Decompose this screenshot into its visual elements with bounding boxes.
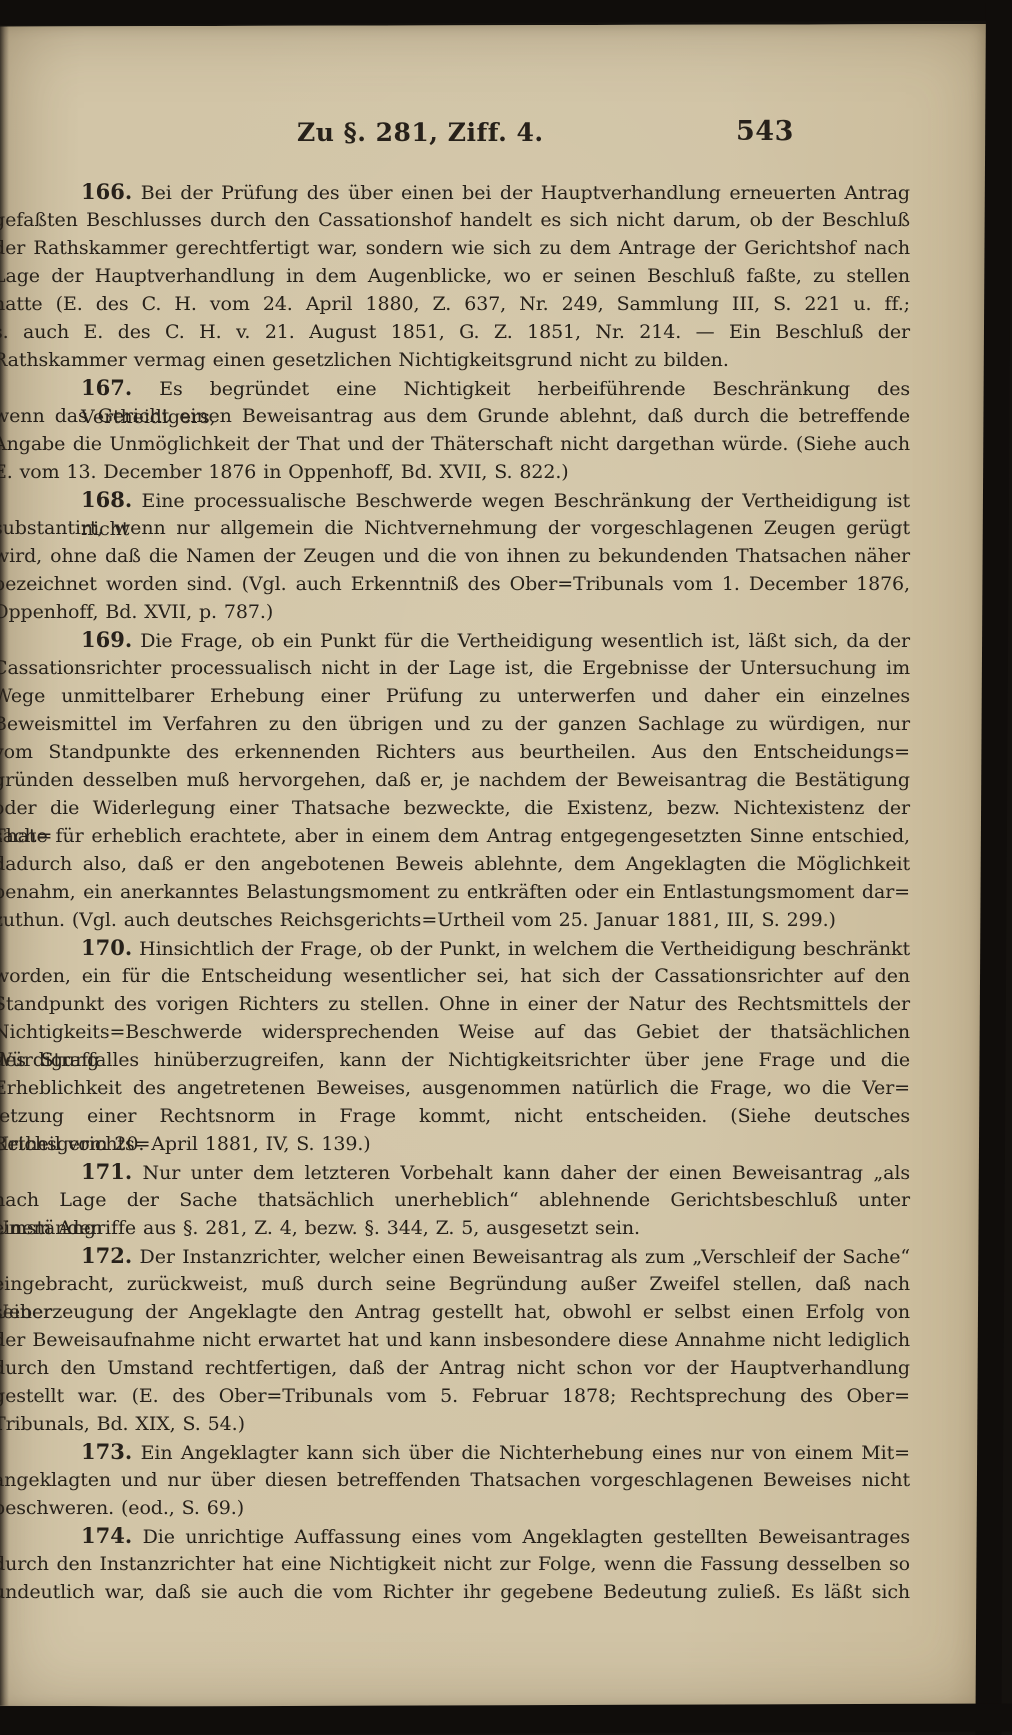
paragraph-number: 173. bbox=[81, 1439, 132, 1464]
paragraph-number: 167. bbox=[81, 375, 132, 400]
text-line: Beweismittel im Verfahren zu den übrigen… bbox=[0, 710, 910, 738]
text-line: 172. Der Instanzrichter, welcher einen B… bbox=[0, 1242, 910, 1270]
text-line: Ueberzeugung der Angeklagte den Antrag g… bbox=[0, 1298, 910, 1326]
scan-edge-bottom bbox=[0, 1703, 1012, 1735]
text-line: undeutlich war, daß sie auch die vom Ric… bbox=[0, 1578, 910, 1606]
text-line: Erheblichkeit des angetretenen Beweises,… bbox=[0, 1074, 910, 1102]
text-line: 166. Bei der Prüfung des über einen bei … bbox=[0, 178, 910, 206]
text-line: 167. Es begründet eine Nichtigkeit herbe… bbox=[0, 374, 910, 402]
text-line: sache für erheblich erachtete, aber in e… bbox=[0, 822, 910, 850]
book-page: Zu §. 281, Ziff. 4. 543 166. Bei der Prü… bbox=[0, 24, 990, 1710]
text-line: der Rathskammer gerechtfertigt war, sond… bbox=[0, 234, 910, 262]
text-line: beschweren. (eod., S. 69.) bbox=[0, 1494, 910, 1522]
text-line: 174. Die unrichtige Auffassung eines vom… bbox=[0, 1522, 910, 1550]
text-line: oder die Widerlegung einer Thatsache bez… bbox=[0, 794, 910, 822]
text-line: gestellt war. (E. des Ober=Tribunals vom… bbox=[0, 1382, 910, 1410]
scan-edge-top bbox=[0, 0, 1012, 25]
text-line: Tribunals, Bd. XIX, S. 54.) bbox=[0, 1410, 910, 1438]
paragraph-number: 174. bbox=[81, 1523, 132, 1548]
text-line: gründen desselben muß hervorgehen, daß e… bbox=[0, 766, 910, 794]
text-line: substantirt, wenn nur allgemein die Nich… bbox=[0, 514, 910, 542]
text-line: s. auch E. des C. H. v. 21. August 1851,… bbox=[0, 318, 910, 346]
text-line: hatte (E. des C. H. vom 24. April 1880, … bbox=[0, 290, 910, 318]
text-line: wird, ohne daß die Namen der Zeugen und … bbox=[0, 542, 910, 570]
text-line: 173. Ein Angeklagter kann sich über die … bbox=[0, 1438, 910, 1466]
text-line: E. vom 13. December 1876 in Oppenhoff, B… bbox=[0, 458, 910, 486]
text-line: durch den Umstand rechtfertigen, daß der… bbox=[0, 1354, 910, 1382]
paragraph-171: 171. Nur unter dem letzteren Vorbehalt k… bbox=[0, 1158, 910, 1242]
text-line: Angabe die Unmöglichkeit der That und de… bbox=[0, 430, 910, 458]
text-line: 171. Nur unter dem letzteren Vorbehalt k… bbox=[0, 1158, 910, 1186]
running-title: Zu §. 281, Ziff. 4. bbox=[297, 118, 544, 147]
text-line: des Straffalles hinüberzugreifen, kann d… bbox=[0, 1046, 910, 1074]
text-line: Urtheil vom 20. April 1881, IV, S. 139.) bbox=[0, 1130, 910, 1158]
paragraph-166: 166. Bei der Prüfung des über einen bei … bbox=[0, 178, 910, 374]
paragraph-172: 172. Der Instanzrichter, welcher einen B… bbox=[0, 1242, 910, 1438]
paragraph-170: 170. Hinsichtlich der Frage, ob der Punk… bbox=[0, 934, 910, 1158]
paragraph-number: 169. bbox=[81, 627, 132, 652]
text-line: Nichtigkeits=Beschwerde widersprechenden… bbox=[0, 1018, 910, 1046]
text-line: benahm, ein anerkanntes Belastungsmoment… bbox=[0, 878, 910, 906]
text-line: zuthun. (Vgl. auch deutsches Reichsgeric… bbox=[0, 906, 910, 934]
paragraph-number: 170. bbox=[81, 935, 132, 960]
text-line: Cassationsrichter processualisch nicht i… bbox=[0, 654, 910, 682]
paragraph-169: 169. Die Frage, ob ein Punkt für die Ver… bbox=[0, 626, 910, 934]
text-line: 169. Die Frage, ob ein Punkt für die Ver… bbox=[0, 626, 910, 654]
text-line: einem Angriffe aus §. 281, Z. 4, bezw. §… bbox=[0, 1214, 910, 1242]
text-line: durch den Instanzrichter hat eine Nichti… bbox=[0, 1550, 910, 1578]
text-line: der Beweisaufnahme nicht erwartet hat un… bbox=[0, 1326, 910, 1354]
paragraph-number: 168. bbox=[81, 487, 132, 512]
text-line: worden, ein für die Entscheidung wesentl… bbox=[0, 962, 910, 990]
paragraph-168: 168. Eine processualische Beschwerde weg… bbox=[0, 486, 910, 626]
text-line: bezeichnet worden sind. (Vgl. auch Erken… bbox=[0, 570, 910, 598]
text-line: eingebracht, zurückweist, muß durch sein… bbox=[0, 1270, 910, 1298]
paragraph-number: 166. bbox=[81, 179, 132, 204]
page-body: 166. Bei der Prüfung des über einen bei … bbox=[0, 178, 910, 1606]
paragraph-167: 167. Es begründet eine Nichtigkeit herbe… bbox=[0, 374, 910, 486]
paragraph-number: 172. bbox=[81, 1243, 132, 1268]
text-line: nach Lage der Sache thatsächlich unerheb… bbox=[0, 1186, 910, 1214]
paragraph-number: 171. bbox=[81, 1159, 132, 1184]
text-line: Wege unmittelbarer Erhebung einer Prüfun… bbox=[0, 682, 910, 710]
text-line: Oppenhoff, Bd. XVII, p. 787.) bbox=[0, 598, 910, 626]
text-line: Standpunkt des vorigen Richters zu stell… bbox=[0, 990, 910, 1018]
text-line: dadurch also, daß er den angebotenen Bew… bbox=[0, 850, 910, 878]
text-line: wenn das Gericht einen Beweisantrag aus … bbox=[0, 402, 910, 430]
text-line: angeklagten und nur über diesen betreffe… bbox=[0, 1466, 910, 1494]
text-line: 170. Hinsichtlich der Frage, ob der Punk… bbox=[0, 934, 910, 962]
page-number: 543 bbox=[736, 116, 794, 147]
text-line: Lage der Hauptverhandlung in dem Augenbl… bbox=[0, 262, 910, 290]
text-line: gefaßten Beschlusses durch den Cassation… bbox=[0, 206, 910, 234]
paragraph-173: 173. Ein Angeklagter kann sich über die … bbox=[0, 1438, 910, 1522]
text-line: 168. Eine processualische Beschwerde weg… bbox=[0, 486, 910, 514]
text-line: letzung einer Rechtsnorm in Frage kommt,… bbox=[0, 1102, 910, 1130]
paragraph-174: 174. Die unrichtige Auffassung eines vom… bbox=[0, 1522, 910, 1606]
text-line: Rathskammer vermag einen gesetzlichen Ni… bbox=[0, 346, 910, 374]
text-line: vom Standpunkte des erkennenden Richters… bbox=[0, 738, 910, 766]
